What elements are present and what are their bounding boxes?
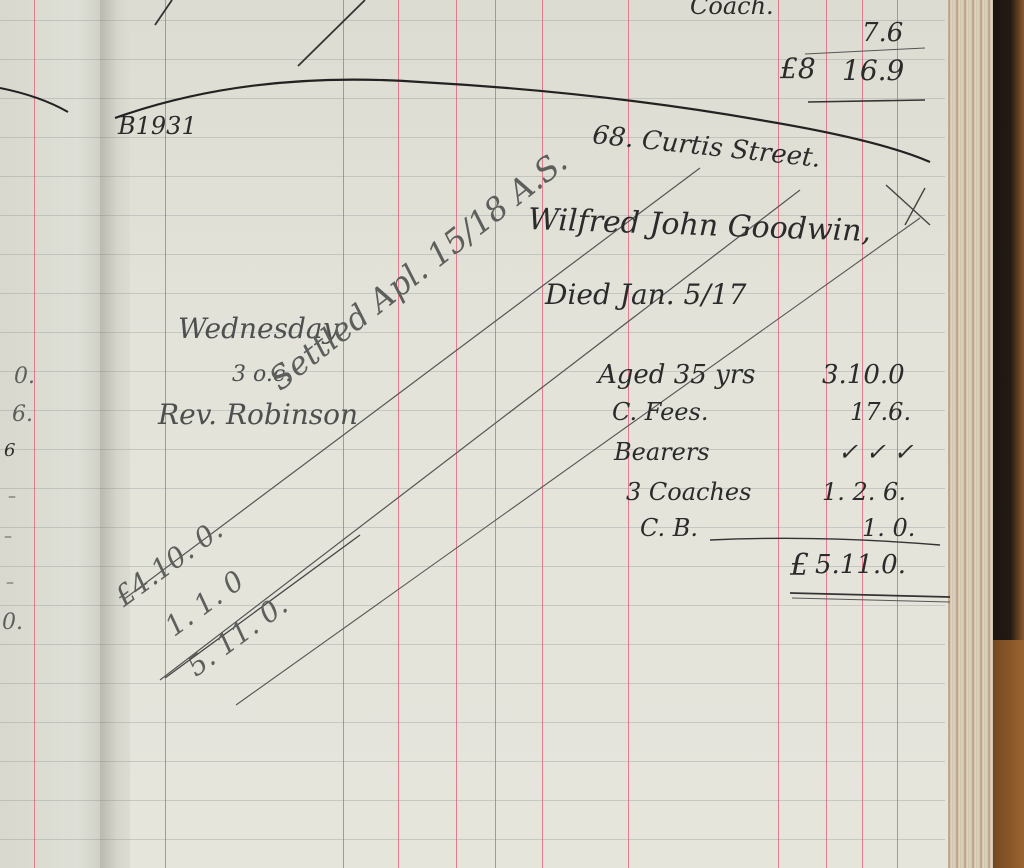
left-fragment: –: [4, 526, 12, 545]
coach-amount: 7.6: [862, 18, 903, 48]
total-rest: 16.9: [842, 54, 904, 87]
charge-item: Bearers: [614, 438, 710, 466]
left-fragment: 6.: [12, 402, 33, 427]
total-pounds: £8: [780, 52, 816, 85]
officiant: Rev. Robinson: [158, 398, 358, 431]
charge-item: C. Fees.: [612, 398, 708, 426]
charge-item: Aged 35 yrs: [598, 360, 756, 390]
death-date: Died Jan. 5/17: [545, 278, 746, 311]
ledger-photo: 0. 6. 6 – – – 0. Coach. 7.6 £8 16.9 B193…: [0, 0, 1024, 868]
total-pound-sign: £: [790, 548, 809, 583]
left-fragment: 0.: [14, 364, 35, 389]
charge-item: 3 Coaches: [626, 478, 751, 506]
left-fragment: 6: [4, 440, 15, 461]
charge-item: C. B.: [640, 514, 698, 542]
left-fragment: 0.: [2, 610, 23, 635]
coach-label: Coach.: [690, 0, 774, 20]
total-amount: 5.11.0.: [815, 550, 906, 580]
charge-amount: 1. 0.: [862, 514, 915, 542]
entry-ref: B1931: [118, 112, 197, 140]
charge-amount: ✓ ✓ ✓: [838, 438, 914, 466]
left-fragment: –: [6, 572, 14, 591]
charge-amount: 1. 2. 6.: [822, 478, 906, 506]
left-fragment: –: [8, 486, 16, 505]
charge-amount: 3.10.0: [822, 360, 905, 390]
charge-amount: 17.6.: [850, 398, 911, 426]
